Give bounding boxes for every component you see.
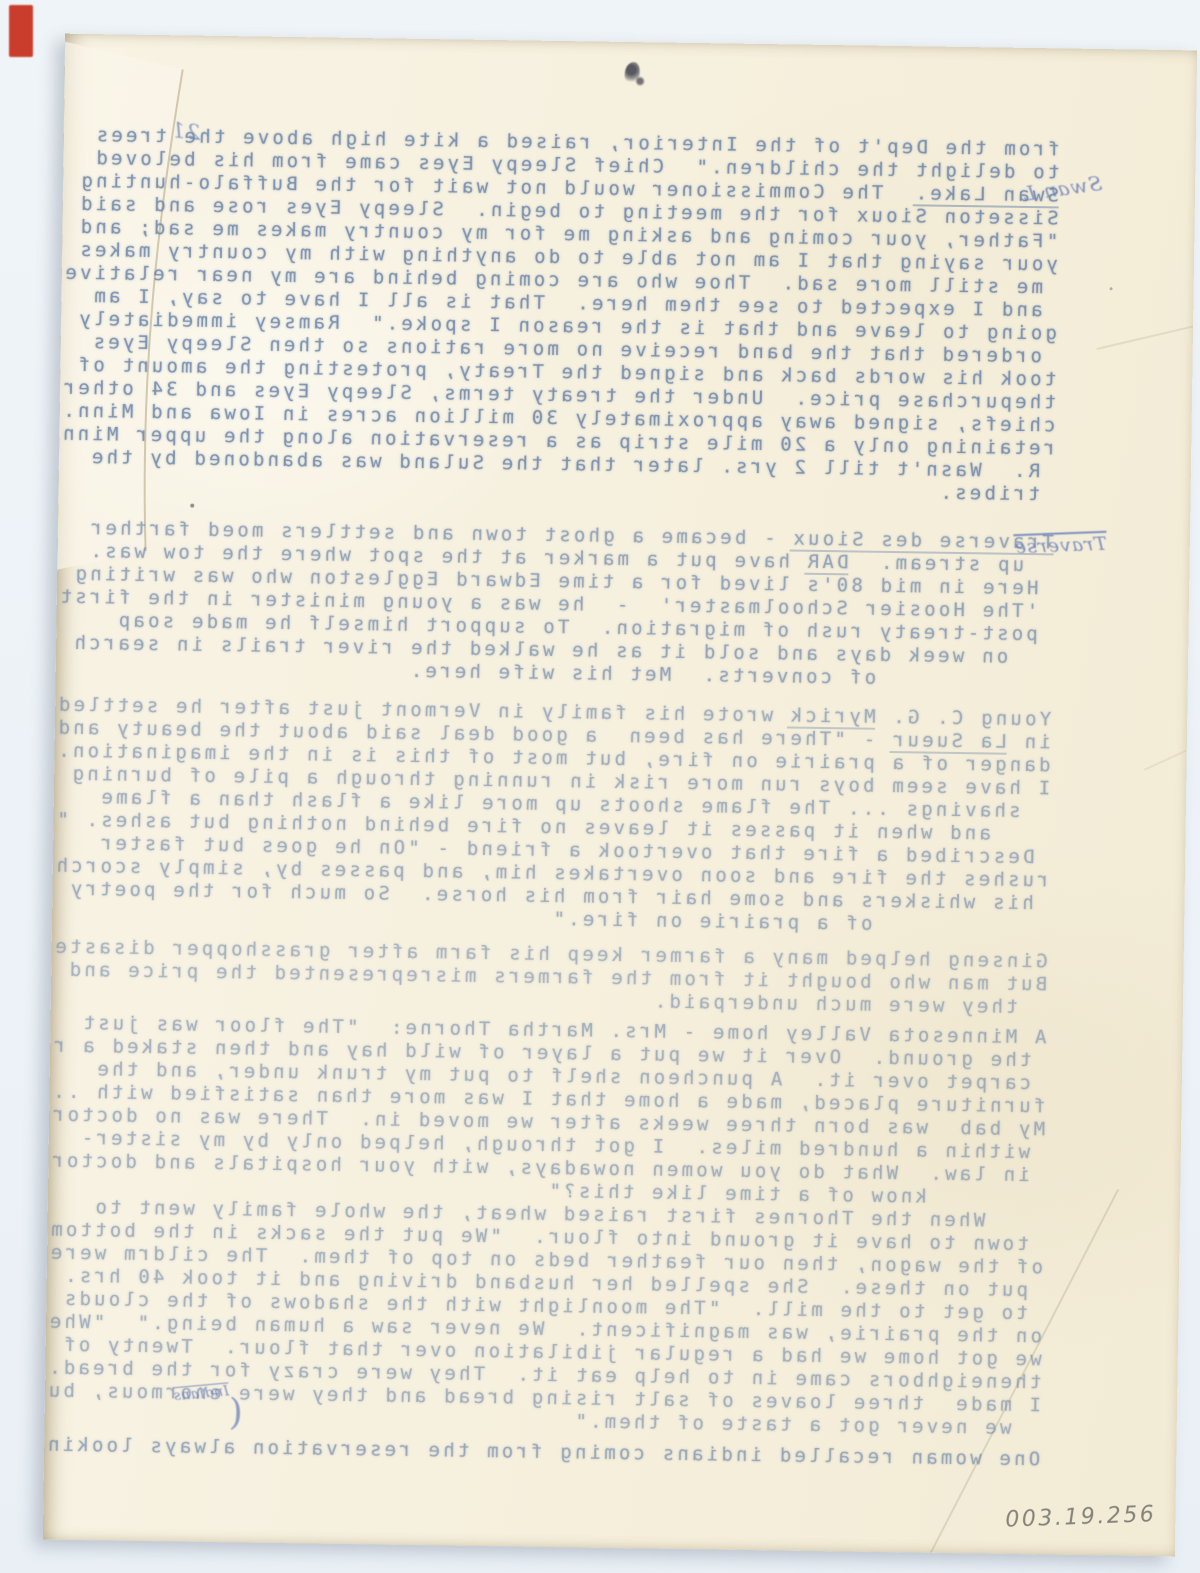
typed-paragraph: Traverse des Sioux - became a ghost town… [66,517,1054,693]
underlined-text: DAR [804,551,848,576]
scanned-document-screenshot: { "page": { "page_number": "21", "catalo… [0,0,1200,1573]
underlined-text: La Sueur [890,729,1007,755]
typed-paragraph: Young C. G. Myrick wrote his family in V… [62,694,1051,939]
dirt-speck [1110,287,1113,290]
red-corner-mark [9,5,33,57]
document-page: 21 from the Dep't of the Interior, raise… [43,34,1197,1557]
typed-text-mirrored: from the Dep't of the Interior, raised a… [54,124,1060,1471]
insertion-bracket: ( [228,1392,243,1433]
typed-paragraph: One woman recalled indians coming from t… [54,1434,1040,1472]
catalog-number: 003.19.256 [1005,1502,1157,1533]
margin-note-traverse: Traverse [1013,533,1107,558]
typed-line: One woman recalled indians coming from t… [54,1434,1040,1472]
typed-paragraph: from the Dep't of the Interior, raised a… [68,124,1059,507]
typed-paragraph: A Minnesota Valley home - Mrs. Martha Th… [55,1012,1047,1441]
typed-paragraph: Ginseng helped many a farmer keep his fa… [61,936,1048,1020]
underlined-text: Myrick [787,704,875,729]
ink-smudge-small [636,76,645,86]
